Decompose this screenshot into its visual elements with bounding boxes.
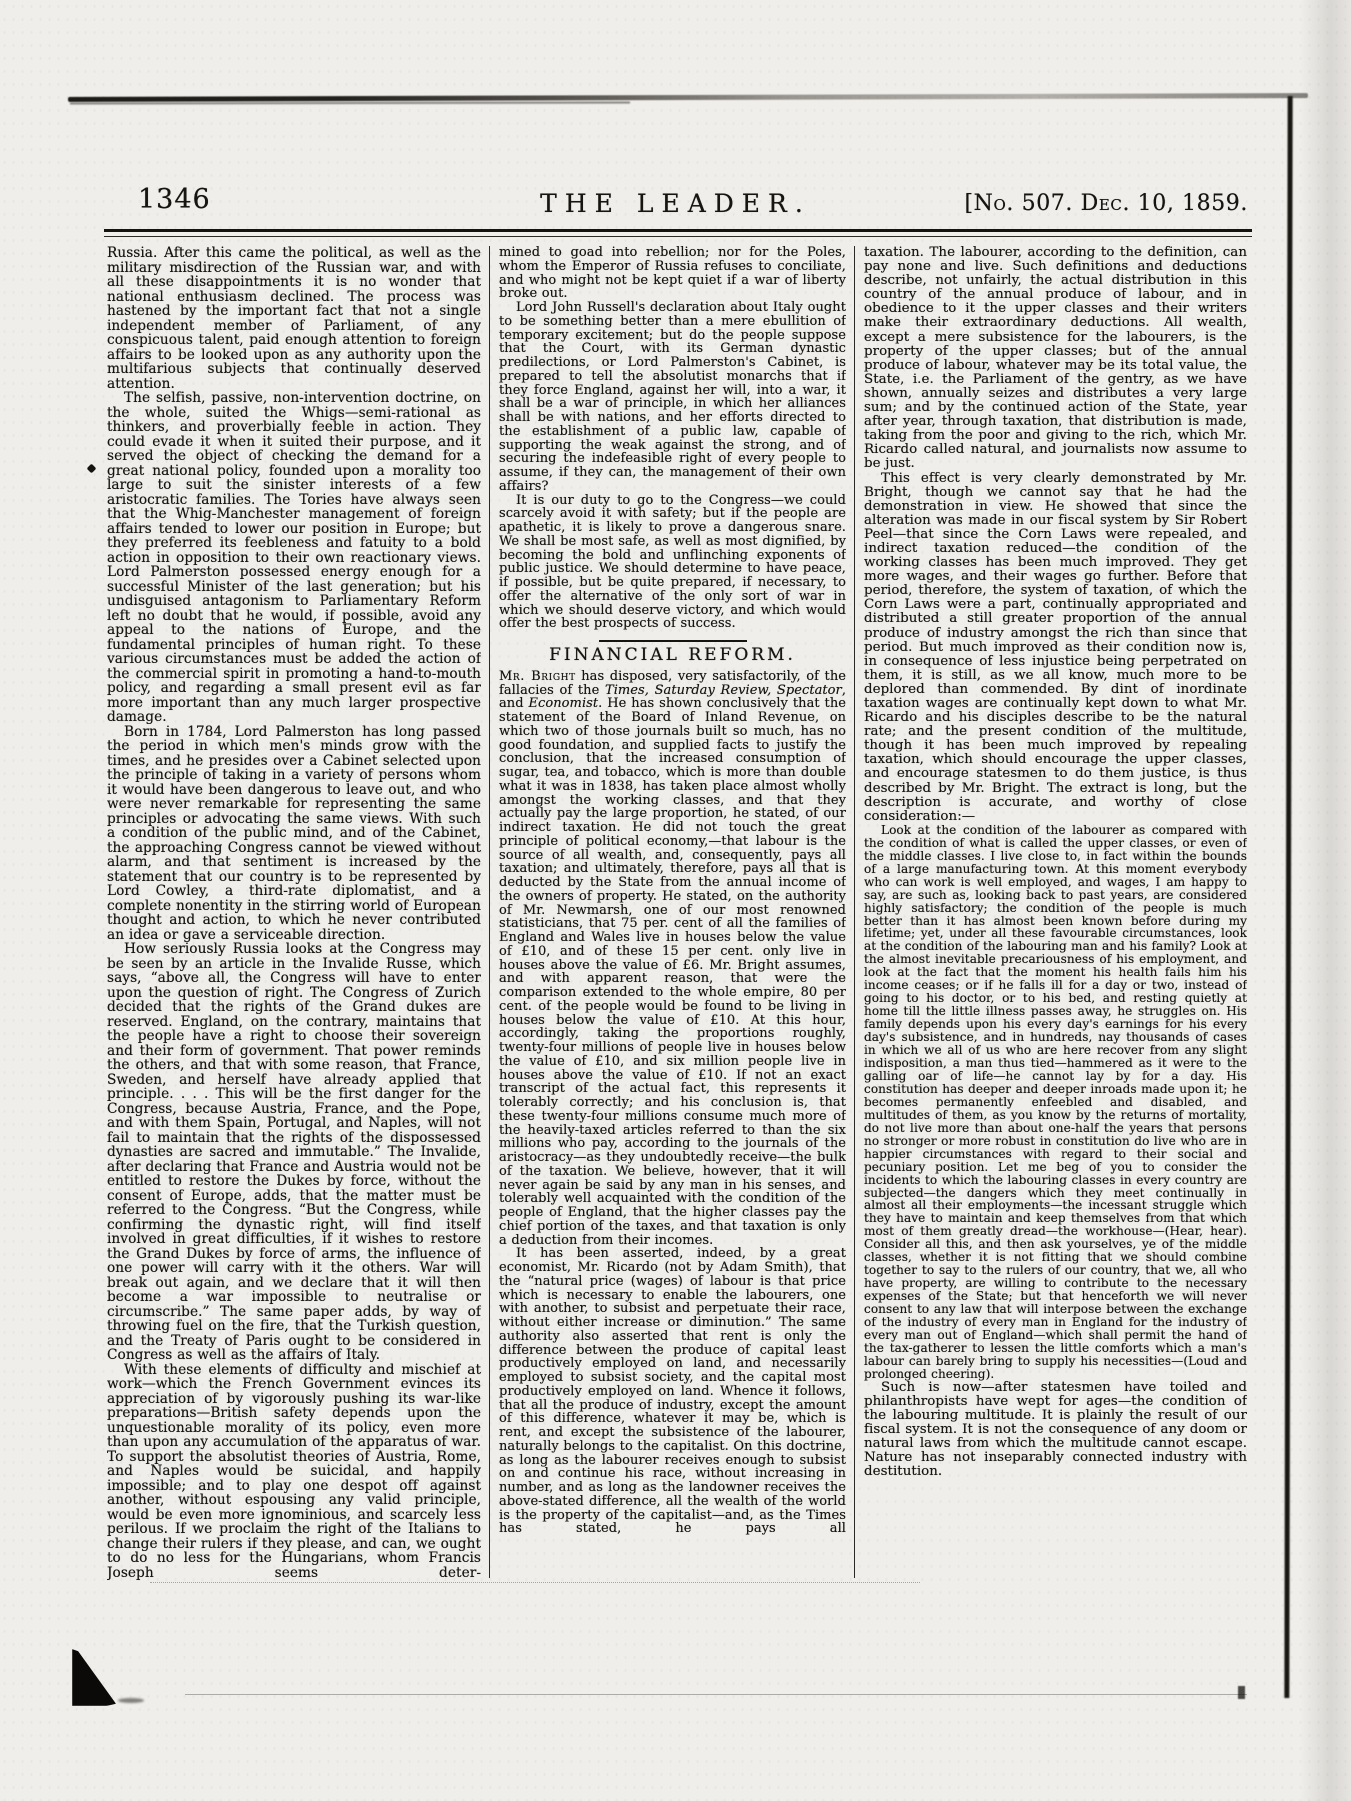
extract-paragraph: Look at the condition of the labourer as… xyxy=(864,824,1247,1381)
column-1: Russia. After this came the political, a… xyxy=(107,246,481,1588)
ink-speck xyxy=(118,1698,144,1703)
body-paragraph: Mr. Bright has disposed, very satisfacto… xyxy=(499,670,846,1248)
heading-rule xyxy=(599,640,747,642)
body-paragraph: It has been asserted, indeed, by a great… xyxy=(499,1247,846,1536)
corner-ink-tick xyxy=(1238,1686,1245,1699)
column-3: taxation. The labourer, according to the… xyxy=(864,246,1247,1588)
bottom-scan-line xyxy=(185,1694,1247,1695)
body-paragraph: This effect is very clearly demonstrated… xyxy=(864,472,1247,824)
body-paragraph: Lord John Russell's declaration about It… xyxy=(499,301,846,494)
column-divider-2 xyxy=(854,246,855,1578)
body-paragraph: The selfish, passive, non-intervention d… xyxy=(107,391,481,725)
right-page-edge-shadow xyxy=(1300,0,1351,1801)
body-paragraph: With these elements of difficulty and mi… xyxy=(107,1363,481,1581)
body-paragraph: Russia. After this came the political, a… xyxy=(107,246,481,391)
body-paragraph: taxation. The labourer, according to the… xyxy=(864,246,1247,472)
top-scan-smudge-secondary xyxy=(70,102,630,105)
right-page-edge-line xyxy=(1284,96,1292,1698)
body-paragraph: Born in 1784, Lord Palmerston has long p… xyxy=(107,725,481,943)
margin-mark xyxy=(87,464,97,474)
body-paragraph: It is our duty to go to the Congress—we … xyxy=(499,494,846,632)
body-paragraph: mined to goad into rebellion; nor for th… xyxy=(499,246,846,301)
column-2: mined to goad into rebellion; nor for th… xyxy=(499,246,846,1588)
italic-journal-names: Times, Saturday Review, Spectator xyxy=(605,683,842,698)
ink-blob xyxy=(72,1649,116,1706)
top-scan-smudge xyxy=(68,93,1308,102)
body-paragraph: Such is now—after statesmen have toiled … xyxy=(864,1381,1247,1480)
header-rule-thick xyxy=(104,229,1252,232)
financial-reform-heading: FINANCIAL REFORM. xyxy=(499,649,846,663)
body-text: . He has shown conclusively that the sta… xyxy=(499,696,846,1247)
lead-in-small-caps: Mr. Bright xyxy=(499,669,576,684)
newspaper-page: { "header": { "page_number": "1346", "ma… xyxy=(0,0,1351,1801)
body-paragraph: How seriously Russia looks at the Congre… xyxy=(107,942,481,1363)
column-divider-1 xyxy=(489,246,490,1578)
header-rule-thin xyxy=(104,236,1252,237)
issue-date: [No. 507. Dec. 10, 1859. xyxy=(964,191,1248,216)
italic-journal-name: Economist xyxy=(529,696,599,711)
